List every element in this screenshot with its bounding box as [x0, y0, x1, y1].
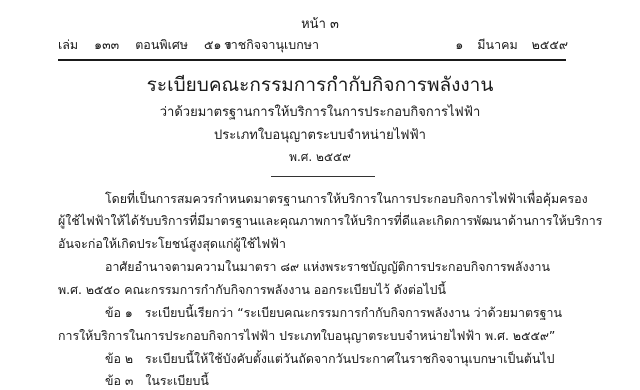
document-subtitle-1: ว่าด้วยมาตรฐานการให้บริการในการประกอบกิจ… — [0, 101, 640, 122]
clause-2: ข้อ ๒ระเบียบนี้ให้ใช้บังคับตั้งแต่วันถัด… — [105, 350, 554, 369]
clause-number: ข้อ ๓ — [105, 372, 133, 390]
preamble-line-3: อันจะก่อให้เกิดประโยชน์สูงสุดแก่ผู้ใช้ไฟ… — [58, 235, 286, 254]
preamble-line-2: ผู้ใช้ไฟฟ้าให้ได้รับบริการที่มีมาตรฐานแล… — [58, 212, 602, 231]
clause-3: ข้อ ๓ในระเบียบนี้ — [105, 372, 209, 390]
clause-1: ข้อ ๑ระเบียบนี้เรียกว่า “ระเบียบคณะกรรมก… — [105, 304, 562, 323]
date-year: ๒๕๕๙ — [532, 37, 568, 52]
document-year: พ.ศ. ๒๕๕๙ — [0, 148, 640, 167]
clause-number: ข้อ ๑ — [105, 304, 133, 323]
document-title: ระเบียบคณะกรรมการกำกับกิจการพลังงาน — [0, 70, 640, 100]
publication-date: ๑ มีนาคม ๒๕๕๙ — [445, 35, 568, 55]
section-label: ตอนพิเศษ — [135, 37, 188, 52]
volume-label: เล่ม — [58, 37, 78, 52]
gazette-volume-info: เล่ม ๑๓๓ ตอนพิเศษ ๕๑ ง — [58, 35, 244, 55]
title-divider — [271, 176, 375, 177]
clause-text: ในระเบียบนี้ — [145, 373, 209, 388]
preamble-line-1: โดยที่เป็นการสมควรกำหนดมาตรฐานการให้บริก… — [105, 190, 588, 209]
publication-name: ราชกิจจานุเบกษา — [224, 35, 319, 55]
page-number: หน้า ๓ — [0, 13, 640, 34]
date-month: มีนาคม — [477, 37, 517, 52]
volume-number: ๑๓๓ — [94, 37, 119, 52]
clause-text: ระเบียบนี้เรียกว่า “ระเบียบคณะกรรมการกำก… — [145, 305, 562, 320]
clause-number: ข้อ ๒ — [105, 350, 133, 369]
header-divider — [58, 59, 566, 61]
document-subtitle-2: ประเภทใบอนุญาตระบบจำหน่ายไฟฟ้า — [0, 124, 640, 145]
clause-text: ระเบียบนี้ให้ใช้บังคับตั้งแต่วันถัดจากวั… — [145, 351, 554, 366]
date-day: ๑ — [455, 37, 463, 52]
authority-line-1: อาศัยอำนาจตามความในมาตรา ๘๙ แห่งพระราชบั… — [105, 258, 550, 277]
clause-1-continued: การให้บริการในการประกอบกิจการไฟฟ้า ประเภ… — [58, 327, 555, 346]
authority-line-2: พ.ศ. ๒๕๕๐ คณะกรรมการกำกับกิจการพลังงาน อ… — [58, 281, 446, 300]
